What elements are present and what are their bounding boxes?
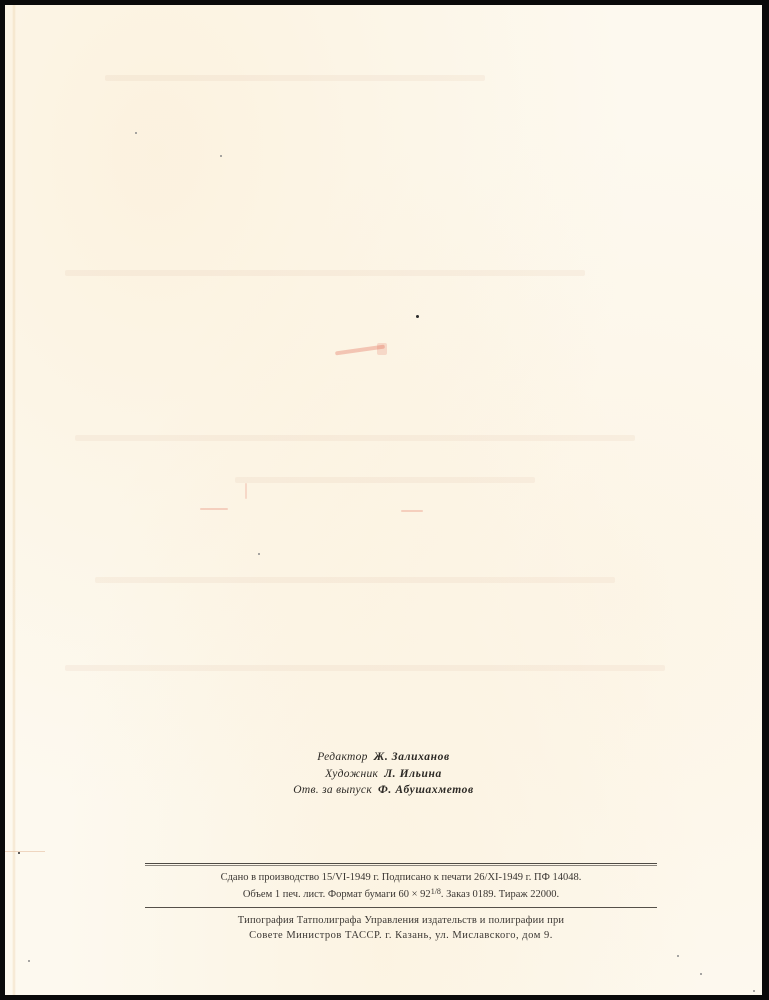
show-through-mark bbox=[401, 510, 423, 512]
credit-editor: РедакторЖ. Залиханов bbox=[5, 749, 762, 766]
imprint-block: Сдано в производство 15/VI-1949 г. Подпи… bbox=[145, 863, 657, 943]
dust-speck bbox=[258, 553, 260, 555]
dust-speck bbox=[18, 852, 20, 854]
show-through-text bbox=[105, 75, 485, 81]
credits-block: РедакторЖ. Залиханов ХудожникЛ. Ильина О… bbox=[5, 749, 762, 799]
production-line-2: Объем 1 печ. лист. Формат бумаги 60 × 92… bbox=[145, 885, 657, 902]
dust-speck bbox=[677, 955, 679, 957]
credit-role: Редактор bbox=[317, 751, 367, 763]
show-through-text bbox=[65, 270, 585, 276]
dust-speck bbox=[700, 973, 702, 975]
format-fraction: 1/8 bbox=[431, 887, 441, 896]
show-through-text bbox=[235, 477, 535, 483]
book-page: РедакторЖ. Залиханов ХудожникЛ. Ильина О… bbox=[5, 5, 762, 995]
production-line-1: Сдано в производство 15/VI-1949 г. Подпи… bbox=[145, 871, 657, 885]
show-through-text bbox=[65, 665, 665, 671]
credit-role: Художник bbox=[325, 768, 378, 780]
credit-role: Отв. за выпуск bbox=[293, 784, 372, 796]
dust-speck bbox=[28, 960, 30, 962]
dust-speck bbox=[220, 155, 222, 157]
show-through-mark bbox=[245, 483, 247, 499]
show-through-text bbox=[95, 577, 615, 583]
order-print-run: . Заказ 0189. Тираж 22000. bbox=[441, 889, 559, 900]
printer-line-1: Типография Татполиграфа Управления издат… bbox=[145, 914, 657, 929]
credit-responsible: Отв. за выпускФ. Абушахметов bbox=[5, 782, 762, 799]
dust-speck bbox=[135, 132, 137, 134]
production-info: Сдано в производство 15/VI-1949 г. Подпи… bbox=[145, 864, 657, 907]
credit-person: Ф. Абушахметов bbox=[378, 784, 474, 796]
dust-speck bbox=[416, 315, 419, 318]
printer-line-2: Совете Министров ТАССР. г. Казань, ул. М… bbox=[145, 929, 657, 944]
show-through-mark bbox=[377, 343, 387, 355]
printer-info: Типография Татполиграфа Управления издат… bbox=[145, 908, 657, 943]
show-through-mark bbox=[200, 508, 228, 510]
paper-crease bbox=[5, 851, 45, 852]
show-through-text bbox=[75, 435, 635, 441]
page-edge-shadow bbox=[12, 5, 16, 995]
dust-speck bbox=[753, 990, 755, 992]
credit-person: Л. Ильина bbox=[384, 768, 442, 780]
credit-artist: ХудожникЛ. Ильина bbox=[5, 766, 762, 783]
credit-person: Ж. Залиханов bbox=[374, 751, 450, 763]
format-text: Объем 1 печ. лист. Формат бумаги 60 × 92 bbox=[243, 889, 431, 900]
